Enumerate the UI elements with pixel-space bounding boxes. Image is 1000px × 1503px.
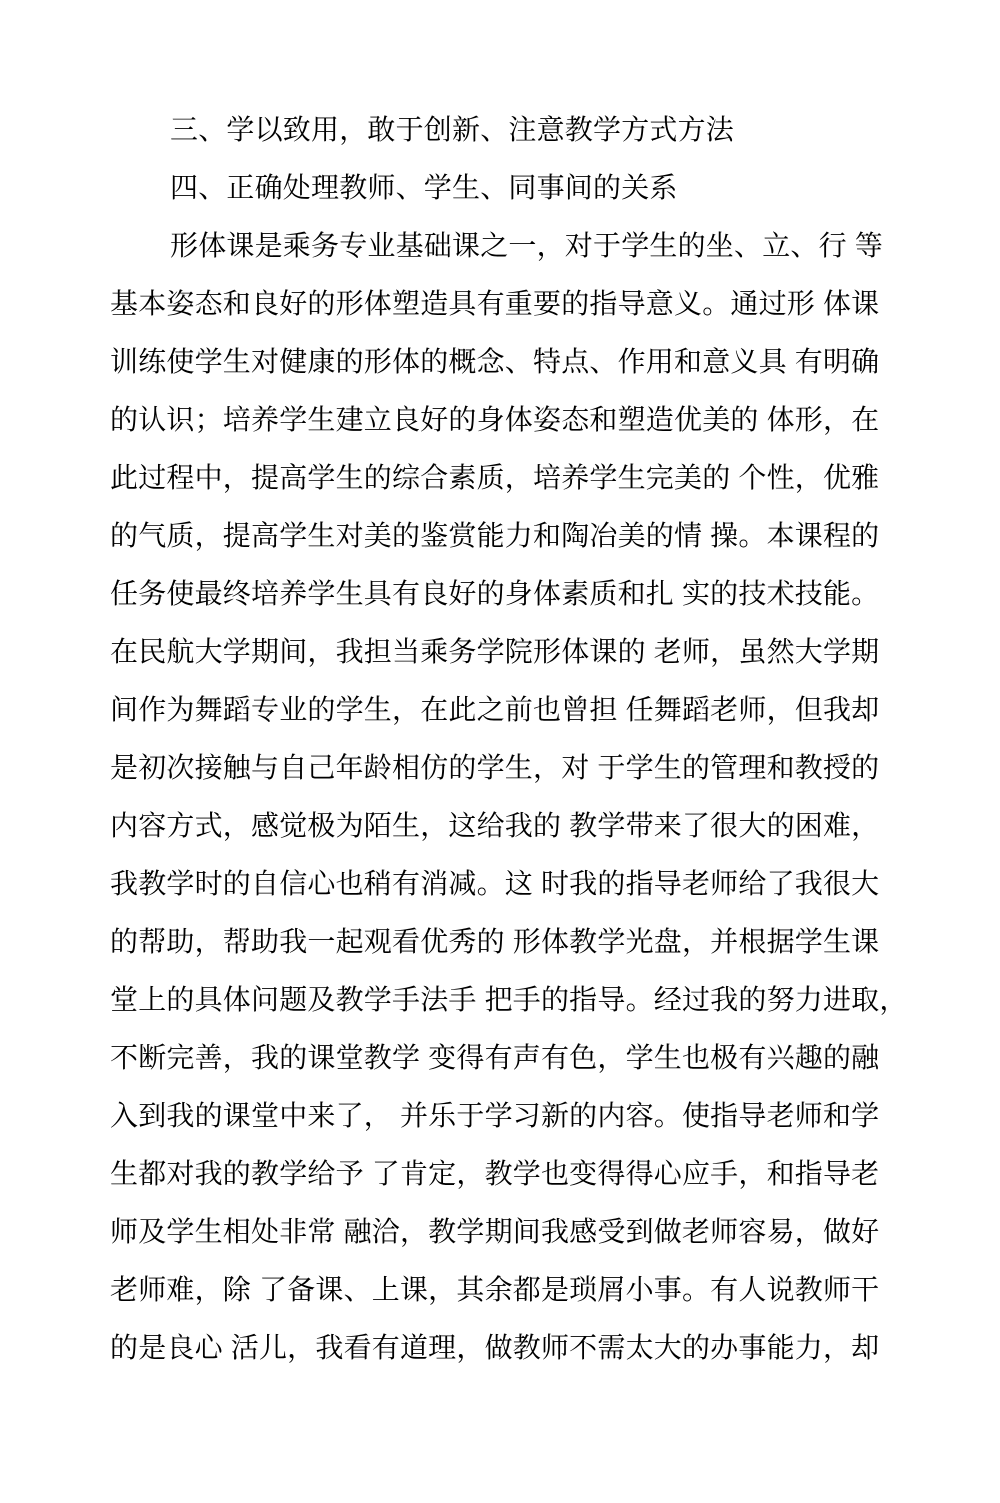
text-line: 在民航大学期间，我担当乘务学院形体课的 老师，虽然大学期: [110, 623, 930, 681]
text-line: 入到我的课堂中来了， 并乐于学习新的内容。使指导老师和学: [110, 1087, 930, 1145]
text-line: 此过程中，提高学生的综合素质，培养学生完美的 个性，优雅: [110, 449, 930, 507]
document-body: 三、学以致用，敢于创新、注意教学方式方法 四、正确处理教师、学生、同事间的关系 …: [0, 0, 1000, 1377]
text-line: 四、正确处理教师、学生、同事间的关系: [110, 159, 930, 217]
text-line: 师及学生相处非常 融洽，教学期间我感受到做老师容易，做好: [110, 1203, 930, 1261]
text-line: 不断完善，我的课堂教学 变得有声有色，学生也极有兴趣的融: [110, 1029, 930, 1087]
text-line: 的帮助，帮助我一起观看优秀的 形体教学光盘，并根据学生课: [110, 913, 930, 971]
document-page: 三、学以致用，敢于创新、注意教学方式方法 四、正确处理教师、学生、同事间的关系 …: [0, 0, 1000, 1503]
text-line: 任务使最终培养学生具有良好的身体素质和扎 实的技术技能。: [110, 565, 930, 623]
text-line: 的认识；培养学生建立良好的身体姿态和塑造优美的 体形，在: [110, 391, 930, 449]
text-line: 老师难，除 了备课、上课，其余都是琐屑小事。有人说教师干: [110, 1261, 930, 1319]
text-line: 基本姿态和良好的形体塑造具有重要的指导意义。通过形 体课: [110, 275, 930, 333]
text-line: 堂上的具体问题及教学手法手 把手的指导。经过我的努力进取，: [110, 971, 930, 1029]
text-line: 三、学以致用，敢于创新、注意教学方式方法: [110, 101, 930, 159]
text-line: 的气质，提高学生对美的鉴赏能力和陶冶美的情 操。本课程的: [110, 507, 930, 565]
text-line: 生都对我的教学给予 了肯定，教学也变得得心应手，和指导老: [110, 1145, 930, 1203]
text-line: 形体课是乘务专业基础课之一，对于学生的坐、立、行 等: [110, 217, 930, 275]
text-line: 内容方式，感觉极为陌生，这给我的 教学带来了很大的困难，: [110, 797, 930, 855]
text-line: 我教学时的自信心也稍有消减。这 时我的指导老师给了我很大: [110, 855, 930, 913]
text-line: 的是良心 活儿，我看有道理，做教师不需太大的办事能力，却: [110, 1319, 930, 1377]
text-line: 间作为舞蹈专业的学生，在此之前也曾担 任舞蹈老师，但我却: [110, 681, 930, 739]
text-line: 训练使学生对健康的形体的概念、特点、作用和意义具 有明确: [110, 333, 930, 391]
text-line: 是初次接触与自己年龄相仿的学生，对 于学生的管理和教授的: [110, 739, 930, 797]
